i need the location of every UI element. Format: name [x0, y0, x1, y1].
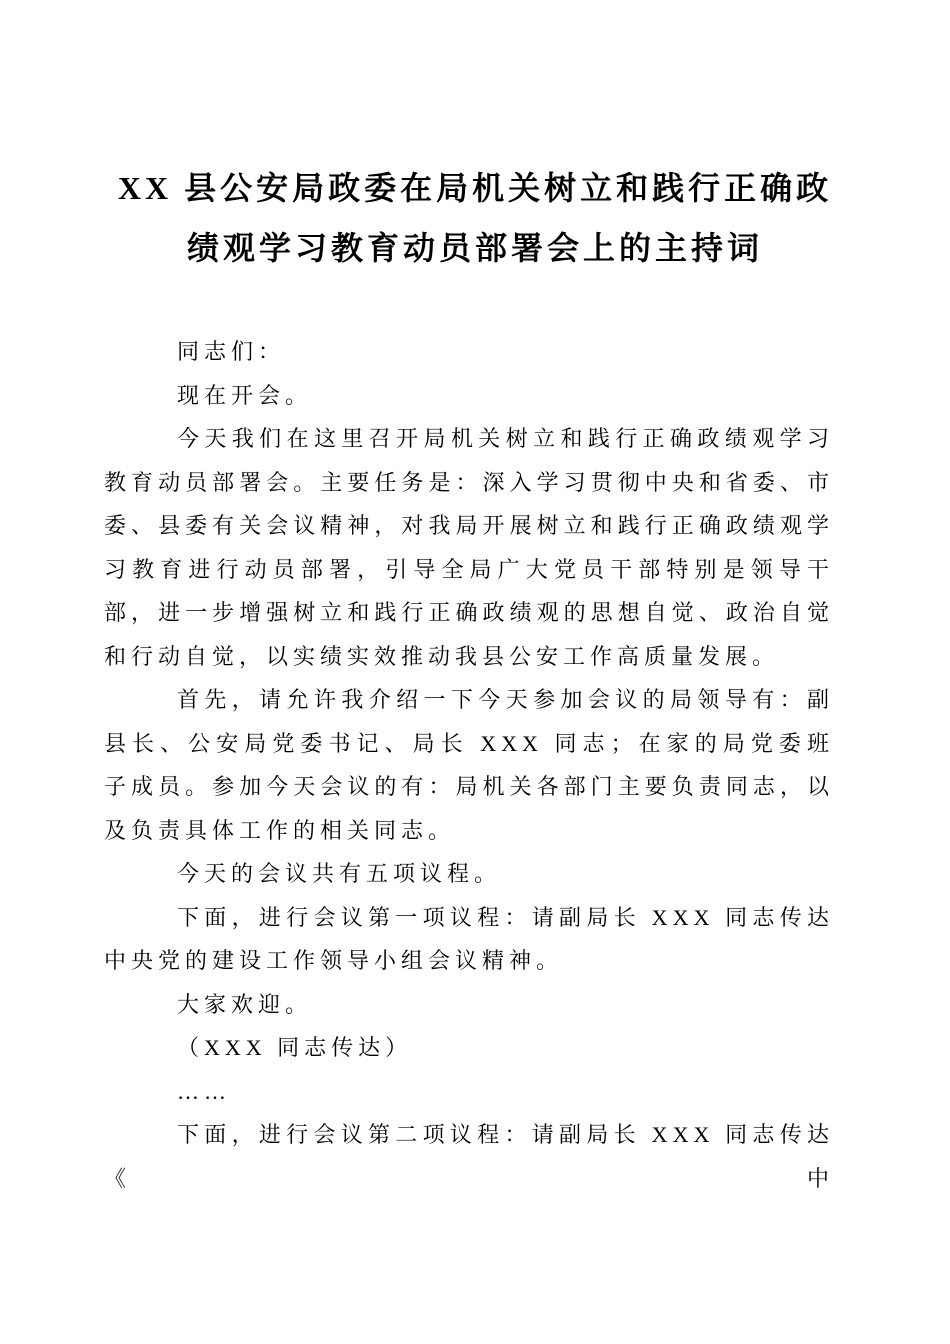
- document-title: XX 县公安局政委在局机关树立和践行正确政 绩观学习教育动员部署会上的主持词: [0, 158, 950, 278]
- paragraph-opening: 现在开会。: [104, 374, 834, 418]
- document-title-line-1: XX 县公安局政委在局机关树立和践行正确政: [0, 158, 950, 218]
- paragraph-agenda-item-2-truncated: 下面，进行会议第二项议程：请副局长 XXX 同志传达《中: [104, 1113, 834, 1200]
- paragraph-agenda-item-1: 下面，进行会议第一项议程：请副局长 XXX 同志传达中央党的建设工作领导小组会议…: [104, 896, 834, 983]
- paragraph-salutation: 同志们：: [104, 330, 834, 374]
- document-page: XX 县公安局政委在局机关树立和践行正确政 绩观学习教育动员部署会上的主持词 同…: [0, 0, 950, 1344]
- paragraph-stage-note: （XXX 同志传达）: [104, 1026, 834, 1070]
- paragraph-welcome: 大家欢迎。: [104, 983, 834, 1027]
- document-title-line-2: 绩观学习教育动员部署会上的主持词: [0, 218, 950, 278]
- paragraph-meeting-purpose: 今天我们在这里召开局机关树立和践行正确政绩观学习教育动员部署会。主要任务是：深入…: [104, 417, 834, 678]
- document-body: 同志们： 现在开会。 今天我们在这里召开局机关树立和践行正确政绩观学习教育动员部…: [104, 330, 834, 1200]
- paragraph-attendees: 首先，请允许我介绍一下今天参加会议的局领导有：副县长、公安局党委书记、局长 XX…: [104, 678, 834, 852]
- paragraph-ellipsis: ……: [104, 1070, 834, 1114]
- paragraph-agenda-count: 今天的会议共有五项议程。: [104, 852, 834, 896]
